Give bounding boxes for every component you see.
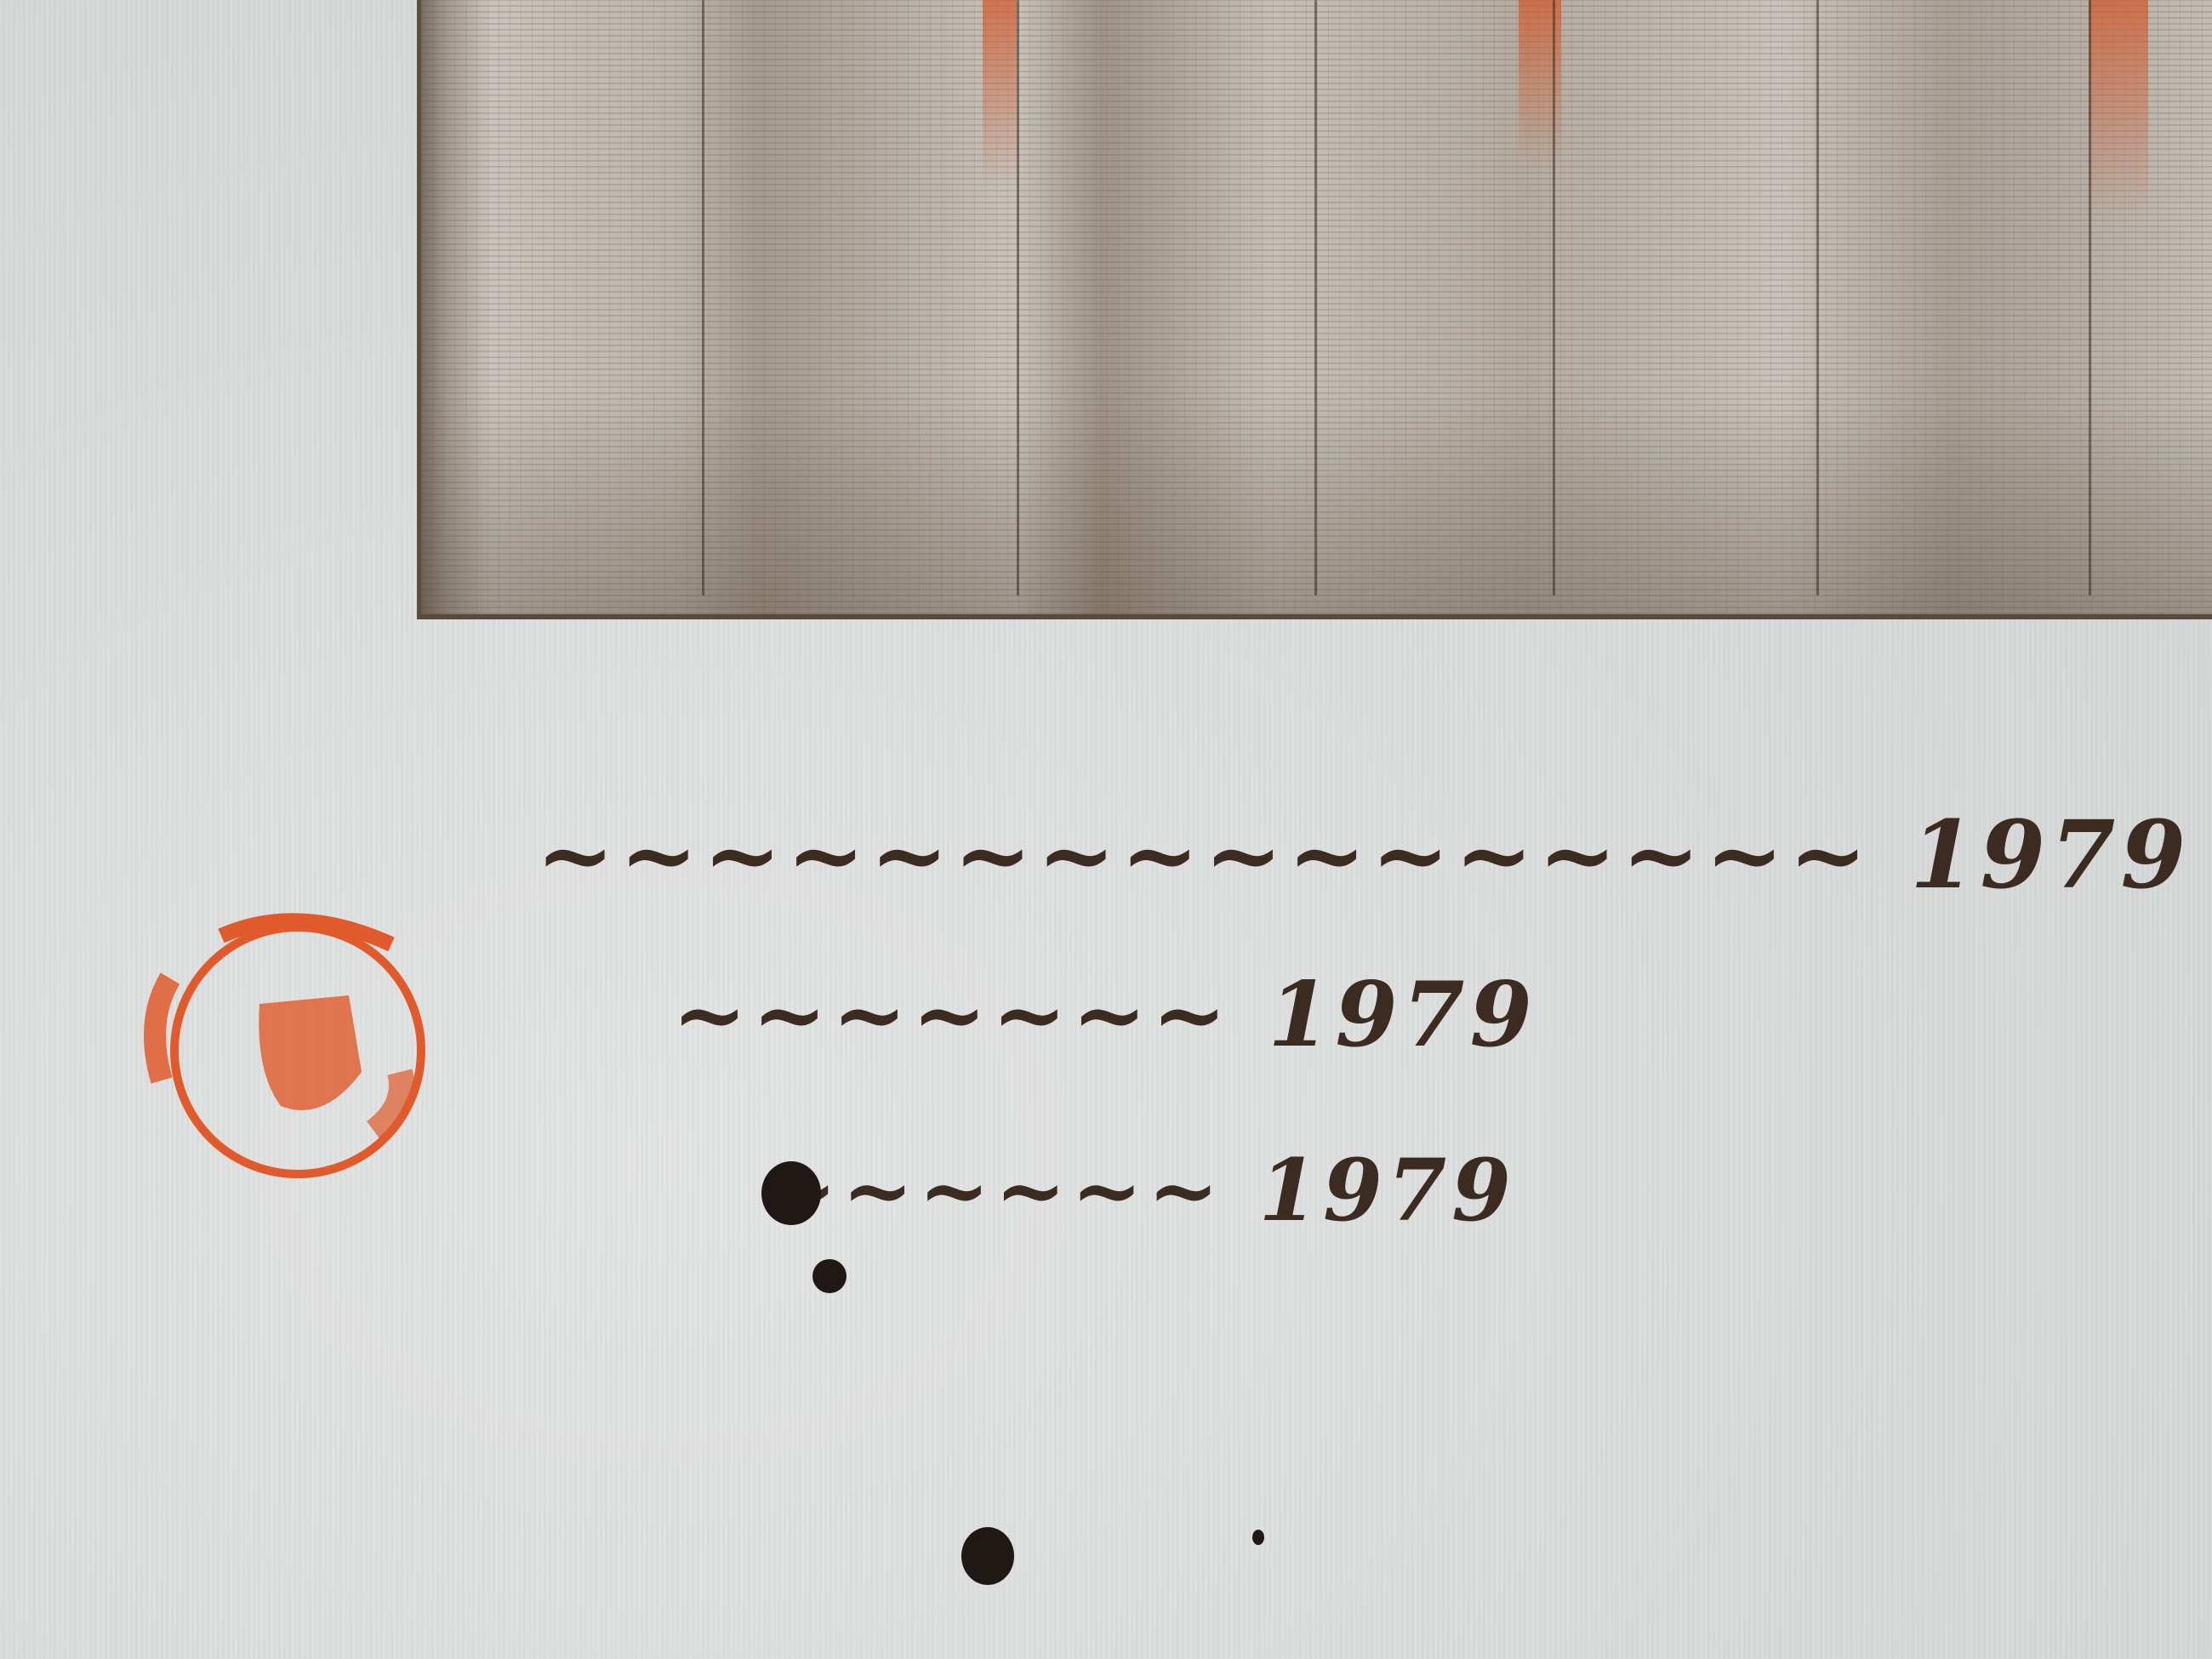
inscription-line-1: ~~~~~~~~~~~~~~~~ 1979 xyxy=(536,800,2191,909)
etched-line xyxy=(1314,0,1317,596)
red-streak xyxy=(2089,0,2148,221)
etched-line xyxy=(702,0,704,596)
ink-blot xyxy=(761,1161,821,1225)
inscription-line-2: ~~~~~~~ 1979 xyxy=(672,961,1537,1067)
etched-line xyxy=(1816,0,1819,596)
etched-plate-image xyxy=(417,0,2212,619)
inscription-line-3: ~~~~~~ 1979 xyxy=(766,1140,1516,1240)
etched-line xyxy=(1553,0,1555,596)
ink-blot xyxy=(961,1527,1014,1585)
ink-blot xyxy=(812,1259,847,1293)
red-seal-stamp-icon xyxy=(119,851,459,1191)
red-streak xyxy=(983,0,1017,187)
ink-blot xyxy=(1252,1530,1264,1545)
etched-line xyxy=(1017,0,1019,596)
etched-line xyxy=(2089,0,2091,596)
